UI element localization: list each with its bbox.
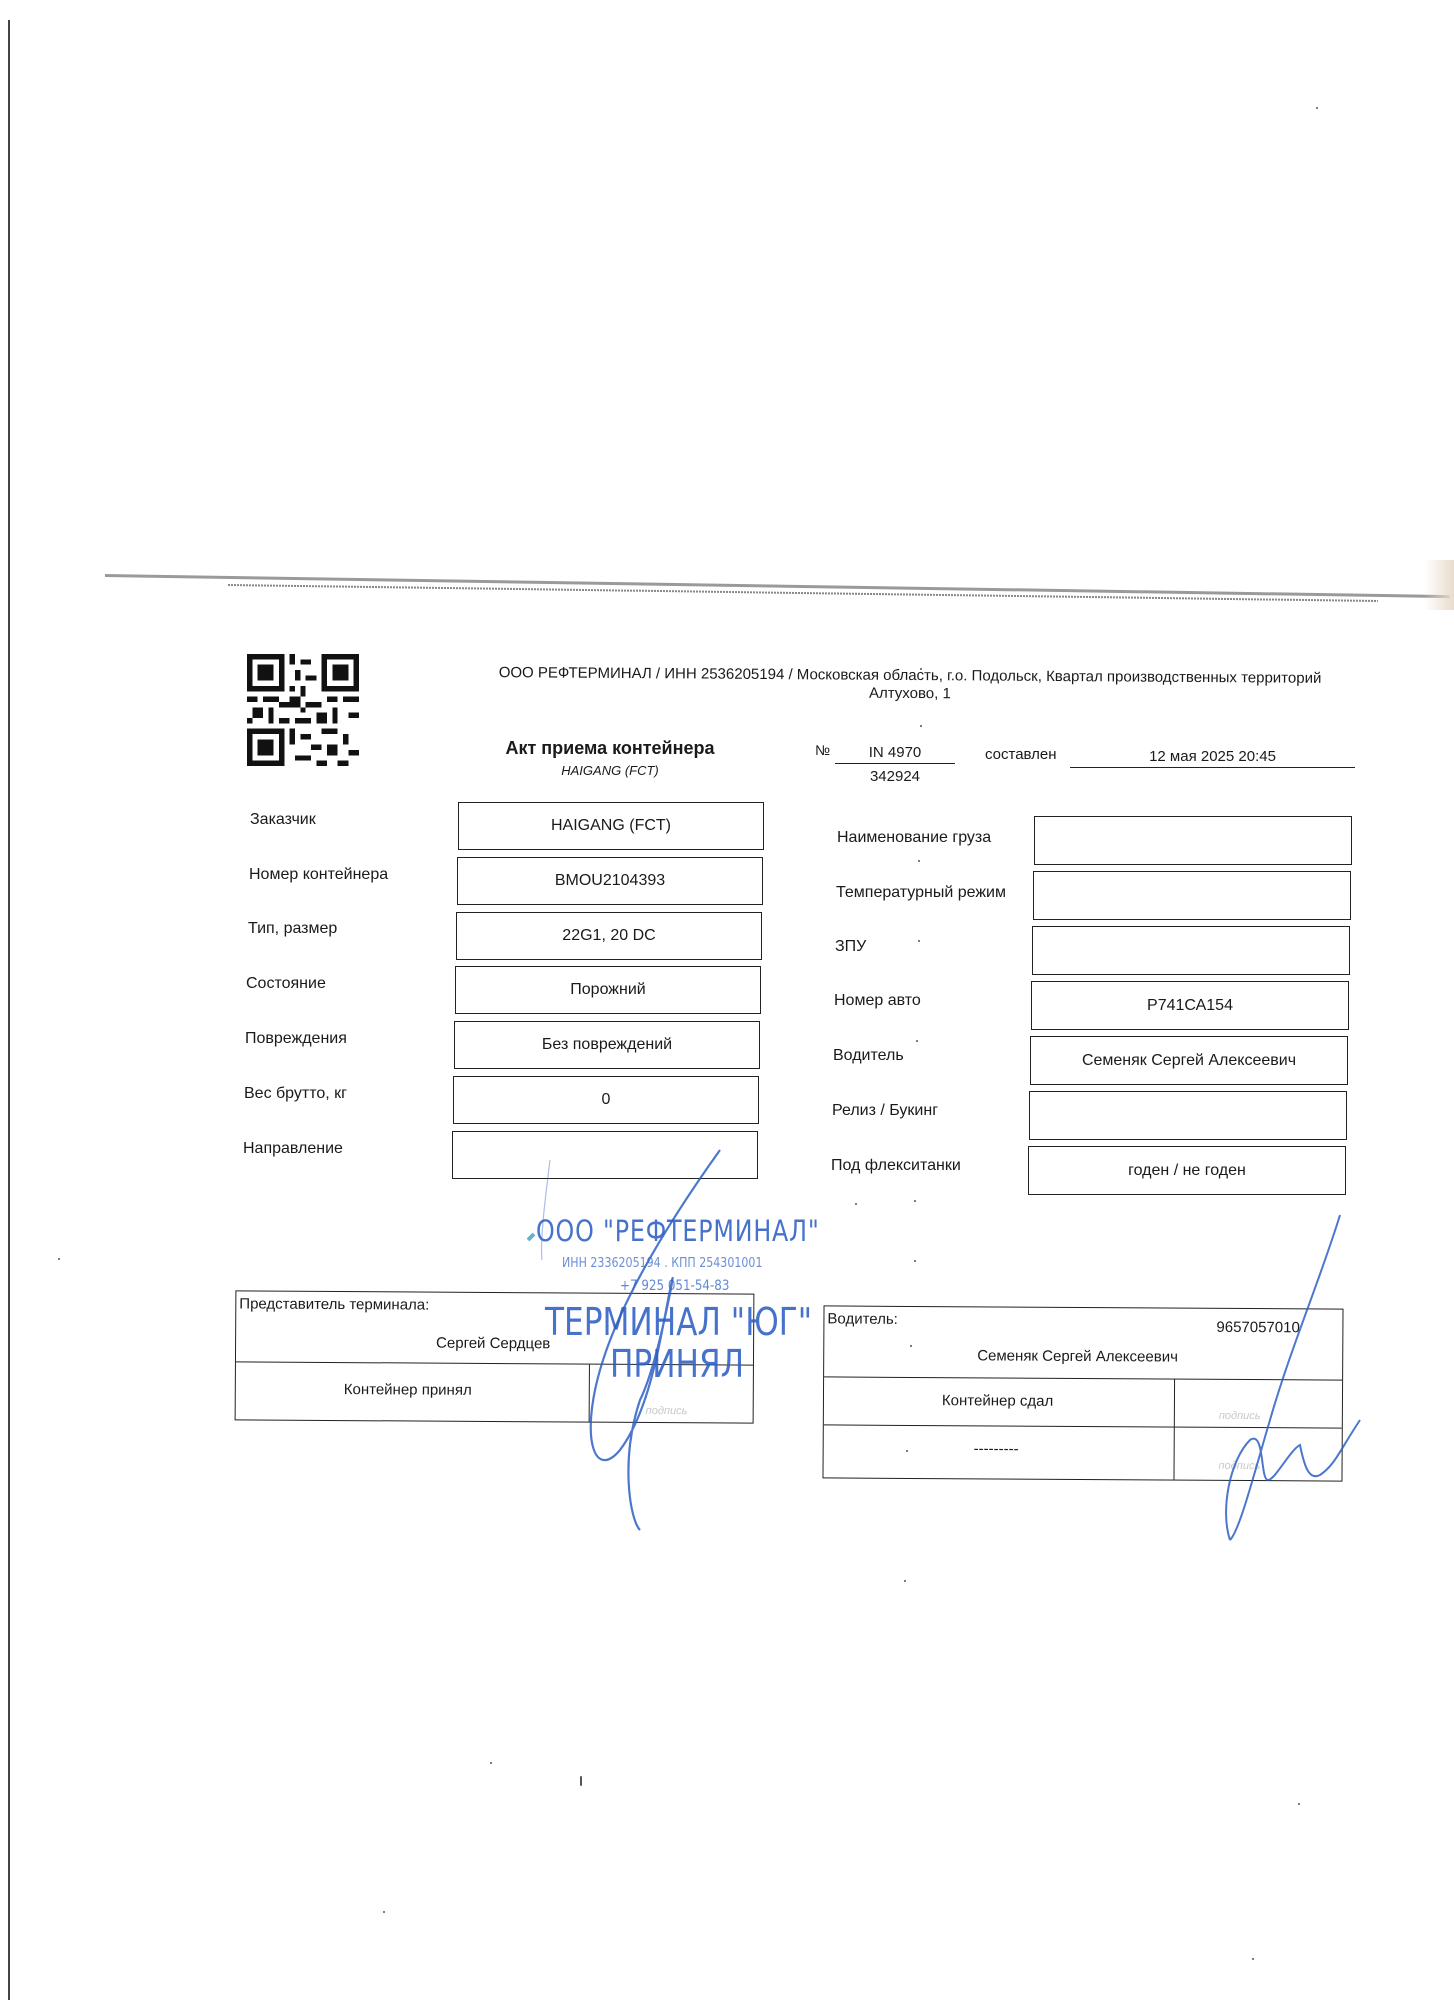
field-label-type-size: Тип, размер bbox=[248, 920, 337, 938]
field-flexitank: годен / не годен bbox=[1028, 1146, 1346, 1195]
composed-date: 12 мая 2025 20:45 bbox=[1070, 748, 1355, 768]
number-sign: № bbox=[815, 742, 830, 758]
signature-cell-divider bbox=[1174, 1380, 1175, 1427]
field-container-number: BMOU2104393 bbox=[457, 857, 763, 905]
driver-signature-hint: подпись bbox=[1219, 1410, 1261, 1422]
driver-action-row: Контейнер сдал подпись bbox=[824, 1376, 1342, 1427]
terminal-signature-hint: подпись bbox=[646, 1405, 688, 1417]
field-condition: Порожний bbox=[455, 966, 761, 1014]
company-details: ООО РЕФТЕРМИНАЛ / ИНН 2536205194 / Моско… bbox=[470, 664, 1350, 706]
driver-block-title: Водитель: bbox=[827, 1310, 898, 1327]
field-damage: Без повреждений bbox=[454, 1021, 760, 1069]
terminal-rep-title: Представитель терминала: bbox=[239, 1295, 429, 1313]
driver-extra-row: --------- подпись bbox=[823, 1424, 1341, 1480]
field-label-temperature: Температурный режим bbox=[836, 884, 1006, 902]
field-cargo-name bbox=[1034, 816, 1352, 865]
field-driver: Семеняк Сергей Алексеевич bbox=[1030, 1036, 1348, 1085]
field-label-damage: Повреждения bbox=[245, 1030, 347, 1048]
driver-block-name: Семеняк Сергей Алексеевич bbox=[977, 1347, 1178, 1365]
stamp-phone: +7 925 051-54-83 bbox=[620, 1278, 729, 1294]
act-number-sub: 342924 bbox=[835, 768, 955, 785]
field-vehicle-number: Р741СА154 bbox=[1031, 981, 1349, 1030]
document-subtitle: HAIGANG (FCT) bbox=[470, 763, 750, 778]
field-label-condition: Состояние bbox=[246, 975, 326, 993]
field-type-size: 22G1, 20 DC bbox=[456, 912, 762, 960]
field-label-customer: Заказчик bbox=[250, 811, 316, 829]
field-label-release-booking: Релиз / Букинг bbox=[832, 1102, 938, 1120]
signature-cell-divider bbox=[1173, 1428, 1174, 1480]
document-title: Акт приема контейнера bbox=[470, 738, 750, 759]
driver-signature-block: Водитель: 9657057010 Семеняк Сергей Алек… bbox=[822, 1305, 1343, 1481]
driver-phone: 9657057010 bbox=[1216, 1319, 1300, 1337]
field-seal bbox=[1032, 926, 1350, 975]
composed-label: составлен bbox=[985, 746, 1057, 763]
field-label-vehicle-number: Номер авто bbox=[834, 992, 921, 1010]
terminal-action-label: Контейнер принял bbox=[344, 1381, 472, 1399]
field-label-container-number: Номер контейнера bbox=[249, 866, 388, 884]
qr-code-icon bbox=[247, 654, 359, 766]
driver-action-label: Контейнер сдал bbox=[942, 1392, 1053, 1410]
stamp-company-name: ООО "РЕФТЕРМИНАЛ" bbox=[536, 1214, 820, 1248]
signature-cell-divider bbox=[589, 1365, 590, 1422]
field-label-gross-weight: Вес брутто, кг bbox=[244, 1085, 347, 1103]
field-temperature bbox=[1033, 871, 1351, 920]
field-direction bbox=[452, 1131, 758, 1179]
field-customer: HAIGANG (FCT) bbox=[458, 802, 764, 850]
stamp-tax-ids: ИНН 2336205194 . КПП 254301001 bbox=[562, 1256, 762, 1271]
field-gross-weight: 0 bbox=[453, 1076, 759, 1124]
field-label-direction: Направление bbox=[243, 1140, 343, 1158]
driver-extra-value: --------- bbox=[974, 1440, 1019, 1457]
scan-edge bbox=[8, 20, 10, 2000]
field-label-cargo-name: Наименование груза bbox=[837, 829, 991, 847]
stamp-terminal-name: ТЕРМИНАЛ "ЮГ" bbox=[545, 1300, 812, 1344]
terminal-rep-name: Сергей Сердцев bbox=[436, 1335, 550, 1353]
paper-fold-shadow bbox=[1424, 560, 1454, 610]
act-number: IN 4970 bbox=[835, 744, 955, 764]
field-label-flexitank: Под флекситанки bbox=[831, 1157, 961, 1175]
field-label-driver: Водитель bbox=[833, 1047, 904, 1065]
driver-signature-hint-2: подпись bbox=[1219, 1460, 1261, 1472]
stamp-accepted: ПРИНЯЛ bbox=[610, 1342, 744, 1386]
field-release-booking bbox=[1029, 1091, 1347, 1140]
field-label-seal: ЗПУ bbox=[835, 938, 866, 956]
